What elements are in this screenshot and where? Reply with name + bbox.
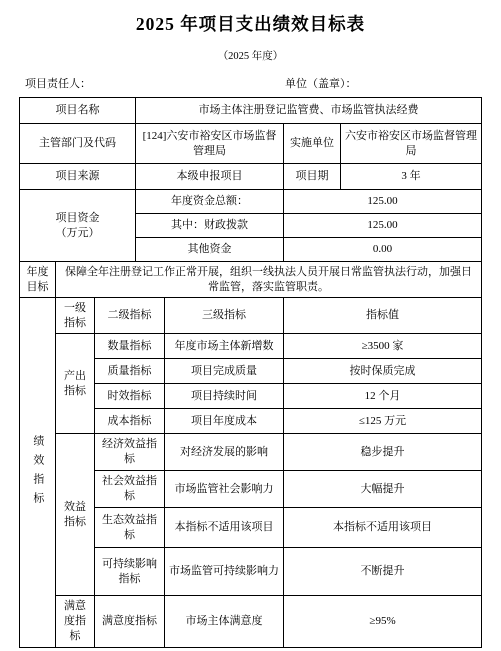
perf-section-label: 绩效指标 [20,298,56,648]
indicator-l2: 生态效益指标 [95,508,165,548]
table-row: 年度目标 保障全年注册登记工作正常开展，组织一线执法人员开展日常监管执法行动，加… [20,262,482,298]
header-level2: 二级指标 [95,298,165,334]
funds-other-label: 其他资金 [136,238,284,262]
impl-unit-label: 实施单位 [284,124,341,164]
indicator-l3: 市场监管社会影响力 [165,471,284,508]
header-value: 指标值 [284,298,482,334]
document-title: 2025 年项目支出绩效目标表 [0,0,501,36]
unit-seal-label: 单位（盖章）： [285,75,357,91]
funds-fiscal-value: 125.00 [284,214,482,238]
group-output: 产出指标 [56,334,95,434]
header-level1: 一级指标 [56,298,95,334]
project-name-value: 市场主体注册登记监管费、市场监管执法经费 [136,98,482,124]
indicator-l3: 项目年度成本 [165,409,284,434]
project-period-value: 3 年 [341,164,482,190]
project-source-label: 项目来源 [20,164,136,190]
indicator-l2: 质量指标 [95,359,165,384]
funds-fiscal-label: 其中：财政拨款 [136,214,284,238]
indicator-value: 大幅提升 [284,471,482,508]
indicator-value: 不断提升 [284,548,482,596]
indicator-l3: 本指标不适用该项目 [165,508,284,548]
indicator-l3: 年度市场主体新增数 [165,334,284,359]
funds-label: 项目资金 （万元） [20,190,136,262]
indicator-header-row: 绩效指标 一级指标 二级指标 三级指标 指标值 [20,298,482,334]
group-satisfaction: 满意度指标 [56,596,95,648]
project-period-label: 项目期 [284,164,341,190]
indicator-l2: 经济效益指标 [95,434,165,471]
indicator-l2: 成本指标 [95,409,165,434]
annual-goal-text: 保障全年注册登记工作正常开展，组织一线执法人员开展日常监管执法行动，加强日常监管… [56,262,482,298]
indicator-value: 本指标不适用该项目 [284,508,482,548]
indicator-row: 效益指标 经济效益指标 对经济发展的影响 稳步提升 [20,434,482,471]
dept-code-label: 主管部门及代码 [20,124,136,164]
indicator-l2: 时效指标 [95,384,165,409]
indicator-value: 稳步提升 [284,434,482,471]
indicator-l3: 对经济发展的影响 [165,434,284,471]
meta-row: 项目责任人： 单位（盖章）： [0,75,501,91]
performance-target-table: 项目名称 市场主体注册登记监管费、市场监管执法经费 主管部门及代码 [124]六… [19,97,482,648]
indicator-value: ≥95% [284,596,482,648]
indicator-l3: 项目持续时间 [165,384,284,409]
indicator-l2: 满意度指标 [95,596,165,648]
indicator-value: 12 个月 [284,384,482,409]
indicator-row: 满意度指标 满意度指标 市场主体满意度 ≥95% [20,596,482,648]
group-benefit: 效益指标 [56,434,95,596]
dept-code-value: [124]六安市裕安区市场监督管理局 [136,124,284,164]
indicator-value: ≤125 万元 [284,409,482,434]
indicator-row: 产出指标 数量指标 年度市场主体新增数 ≥3500 家 [20,334,482,359]
table-row: 项目资金 （万元） 年度资金总额： 125.00 [20,190,482,214]
indicator-l3: 市场监管可持续影响力 [165,548,284,596]
indicator-value: ≥3500 家 [284,334,482,359]
project-source-value: 本级申报项目 [136,164,284,190]
table-row: 项目来源 本级申报项目 项目期 3 年 [20,164,482,190]
indicator-l2: 可持续影响指标 [95,548,165,596]
project-name-label: 项目名称 [20,98,136,124]
annual-goal-label: 年度目标 [20,262,56,298]
funds-total-label: 年度资金总额： [136,190,284,214]
indicator-l3: 市场主体满意度 [165,596,284,648]
indicator-l2: 数量指标 [95,334,165,359]
funds-other-value: 0.00 [284,238,482,262]
table-row: 项目名称 市场主体注册登记监管费、市场监管执法经费 [20,98,482,124]
indicator-l3: 项目完成质量 [165,359,284,384]
table-row: 主管部门及代码 [124]六安市裕安区市场监督管理局 实施单位 六安市裕安区市场… [20,124,482,164]
project-leader-label: 项目责任人： [25,75,91,91]
indicator-value: 按时保质完成 [284,359,482,384]
document-subtitle: （2025 年度） [0,48,501,63]
indicator-l2: 社会效益指标 [95,471,165,508]
document-page: 2025 年项目支出绩效目标表 （2025 年度） 项目责任人： 单位（盖章）：… [0,0,501,651]
impl-unit-value: 六安市裕安区市场监督管理局 [341,124,482,164]
header-level3: 三级指标 [165,298,284,334]
funds-total-value: 125.00 [284,190,482,214]
